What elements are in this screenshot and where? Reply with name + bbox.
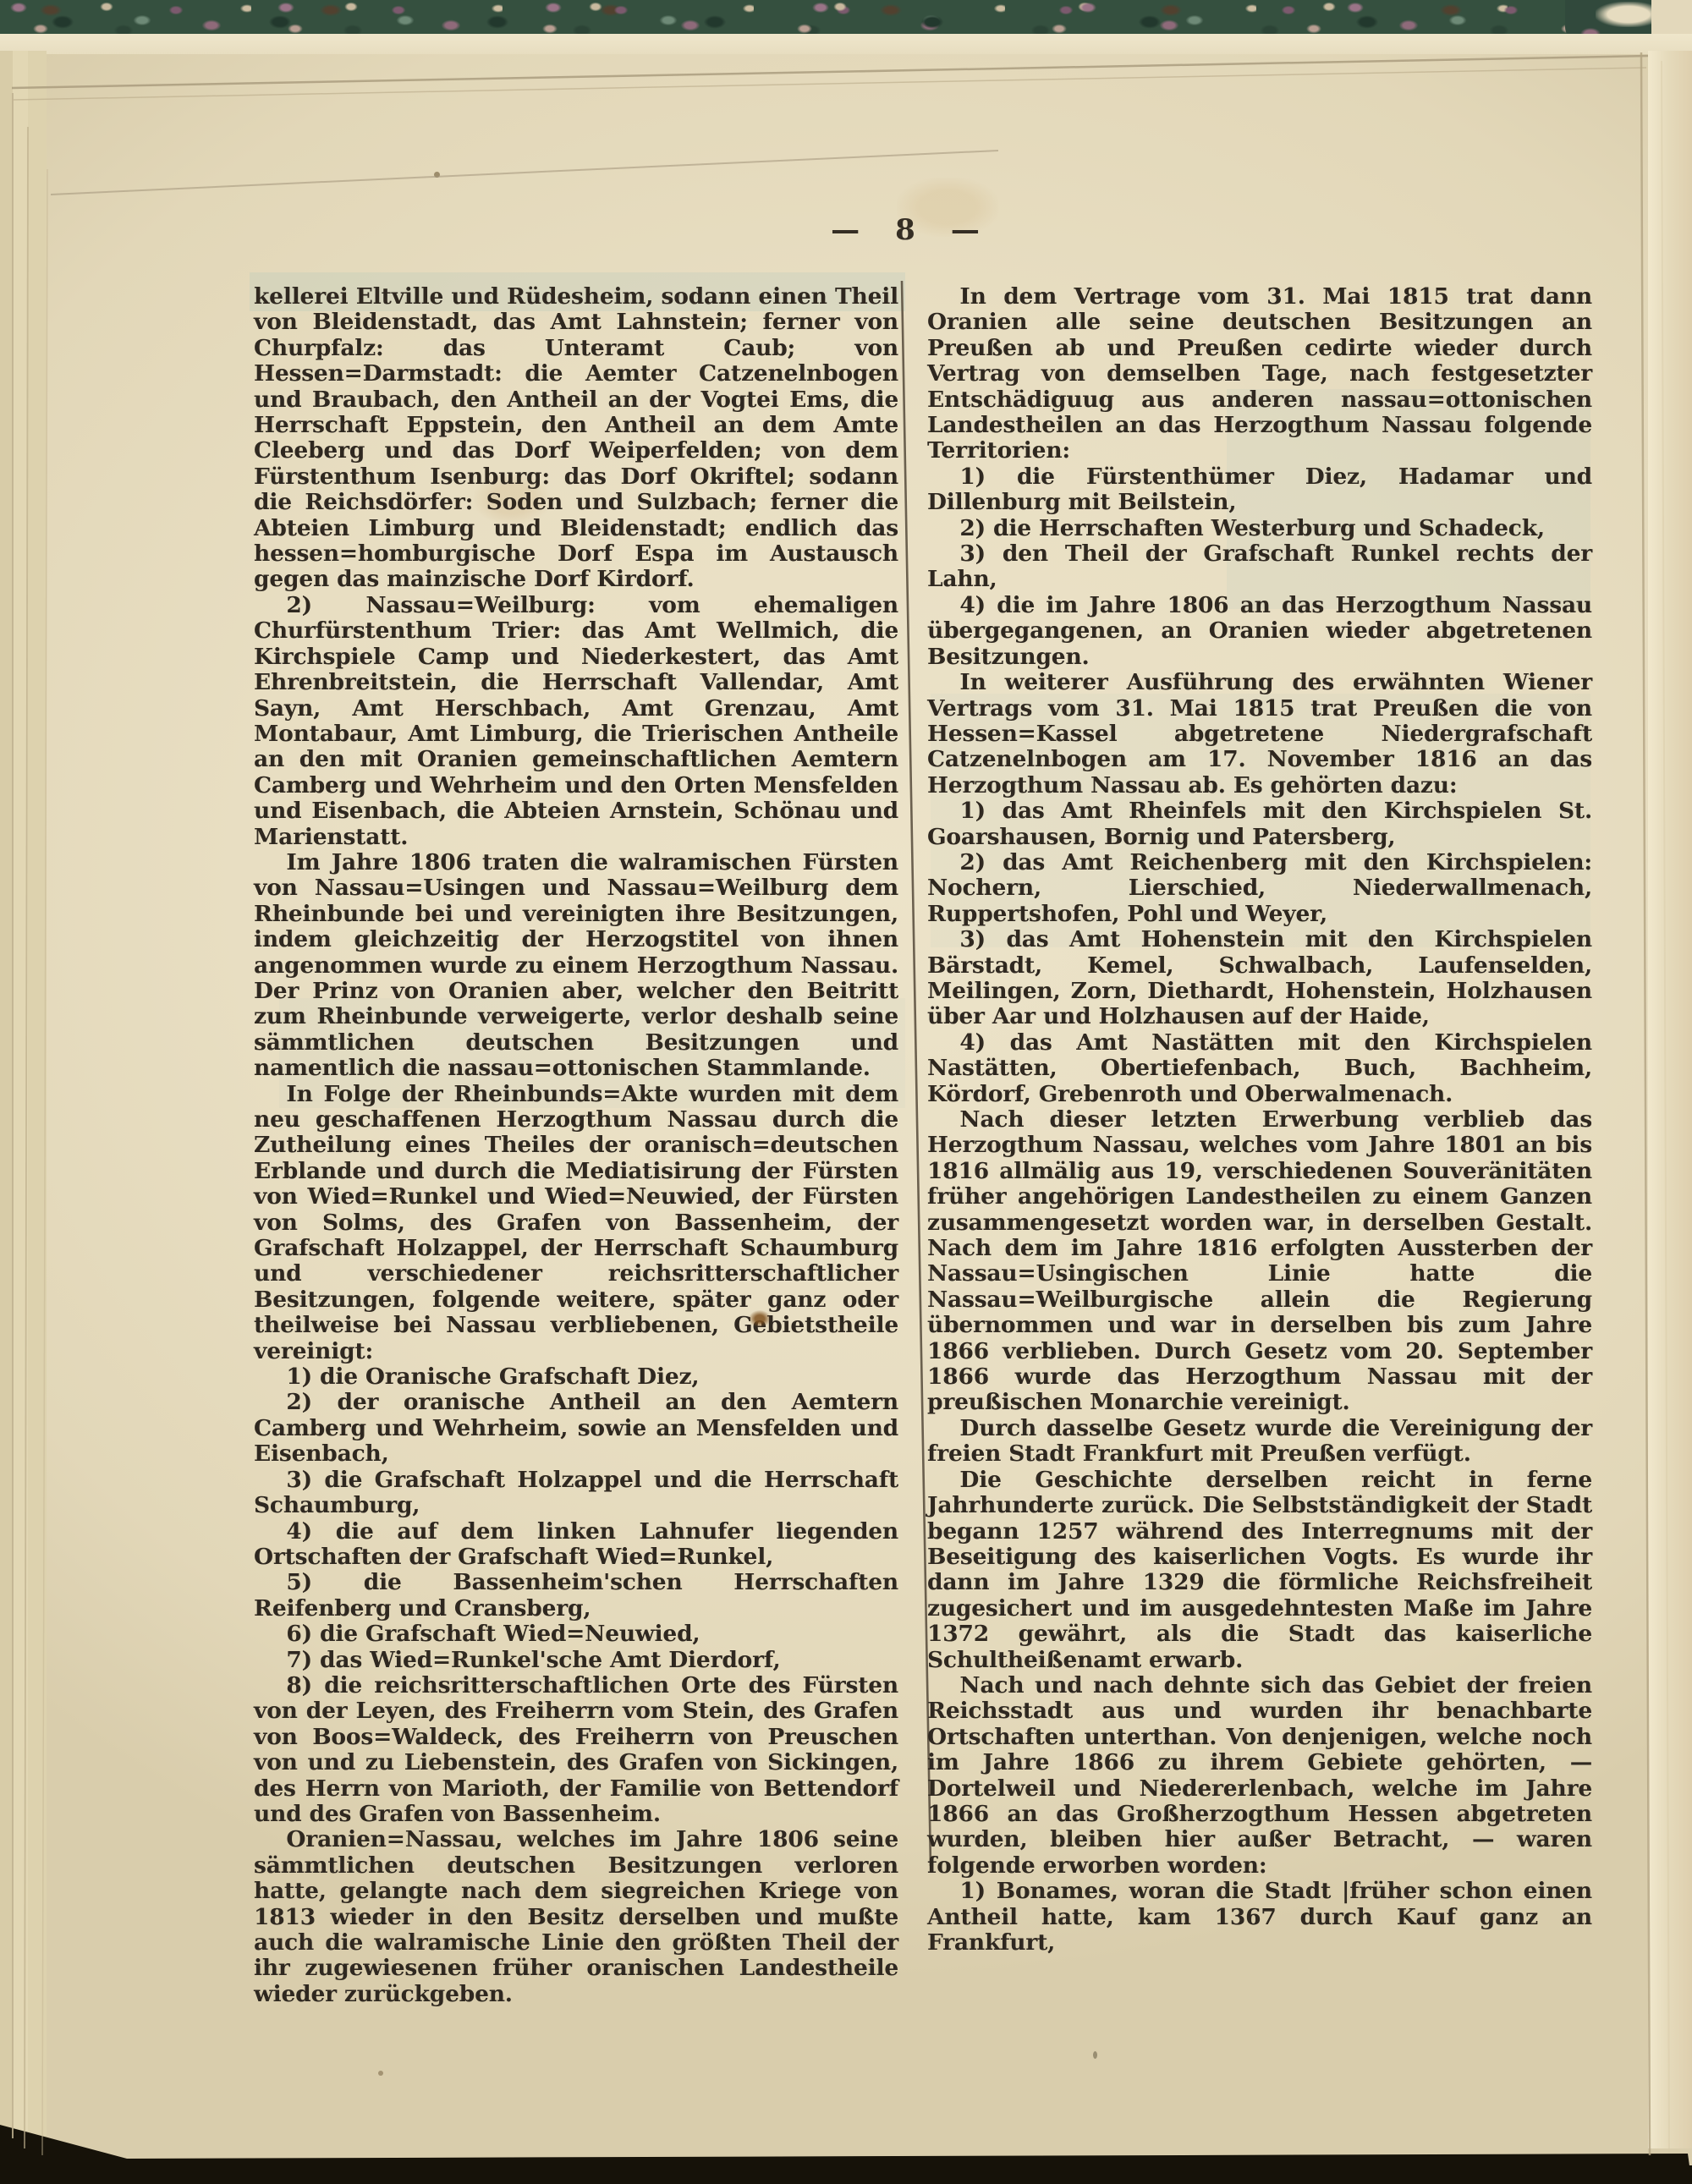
paragraph: 1) das Amt Rheinfels mit den Kirchspiele… — [927, 798, 1592, 850]
paragraph: In dem Vertrage vom 31. Mai 1815 trat da… — [927, 284, 1592, 464]
paragraph: Durch dasselbe Gesetz wurde die Vereinig… — [927, 1416, 1592, 1468]
column-divider-rule — [902, 281, 931, 1866]
paragraph: 4) das Amt Nastätten mit den Kirchspiele… — [927, 1030, 1592, 1107]
paragraph: Nach und nach dehnte sich das Gebiet der… — [927, 1673, 1592, 1879]
paragraph: 2) die Herrschaften Westerburg und Schad… — [927, 516, 1592, 541]
paragraph: Im Jahre 1806 traten die walramischen Fü… — [254, 850, 898, 1082]
paragraph: 7) das Wied=Runkel'sche Amt Dierdorf, — [254, 1648, 898, 1673]
paragraph: 1) die Fürstenthümer Diez, Hadamar und D… — [927, 464, 1592, 516]
paragraph: 3) die Grafschaft Holzappel und die Herr… — [254, 1468, 898, 1519]
left-column: kellerei Eltville und Rüdesheim, sodann … — [254, 284, 898, 2007]
paragraph: 4) die im Jahre 1806 an das Herzogthum N… — [927, 593, 1592, 670]
paragraph: 1) die Oranische Grafschaft Diez, — [254, 1364, 898, 1390]
paragraph: 4) die auf dem linken Lahnufer liegenden… — [254, 1519, 898, 1571]
paragraph: 3) den Theil der Grafschaft Runkel recht… — [927, 541, 1592, 593]
paragraph: 2) das Amt Reichenberg mit den Kirchspie… — [927, 850, 1592, 927]
left-edge-line-2 — [25, 127, 28, 2148]
top-sheet-edge-line — [51, 151, 998, 195]
paragraph: 2) Nassau=Weilburg: vom ehemaligen Churf… — [254, 593, 898, 850]
page-number: — 8 — — [812, 213, 998, 247]
paragraph: Oranien=Nassau, welches im Jahre 1806 se… — [254, 1827, 898, 2007]
paragraph: 3) das Amt Hohenstein mit den Kirchspiel… — [927, 927, 1592, 1030]
paragraph: 5) die Bassenheim'schen Herrschaften Rei… — [254, 1570, 898, 1622]
paragraph: Die Geschichte derselben reicht in ferne… — [927, 1468, 1592, 1673]
page-number-dash-left: — — [831, 213, 860, 247]
paragraph: 2) der oranische Antheil an den Aemtern … — [254, 1390, 898, 1467]
page-number-dash-right: — — [951, 213, 980, 247]
right-fold-line — [1641, 52, 1650, 2155]
paragraph: 1) Bonames, woran die Stadt |früher scho… — [927, 1879, 1592, 1956]
left-edge-line-3 — [42, 169, 47, 2155]
page-number-value: 8 — [895, 213, 915, 247]
right-column: In dem Vertrage vom 31. Mai 1815 trat da… — [927, 284, 1592, 1956]
paragraph: In Folge der Rheinbunds=Akte wurden mit … — [254, 1082, 898, 1364]
paragraph: Nach dieser letzten Erwerbung verblieb d… — [927, 1107, 1592, 1416]
right-fold-highlight — [1662, 61, 1669, 2154]
paragraph: 6) die Grafschaft Wied=Neuwied, — [254, 1622, 898, 1647]
paragraph: 8) die reichsritterschaftlichen Orte des… — [254, 1673, 898, 1827]
paragraph: In weiterer Ausführung des erwähnten Wie… — [927, 670, 1592, 798]
book-page-scan: — 8 — kellerei Eltville und Rüdesheim, s… — [0, 0, 1692, 2184]
paragraph: kellerei Eltville und Rüdesheim, sodann … — [254, 284, 898, 593]
